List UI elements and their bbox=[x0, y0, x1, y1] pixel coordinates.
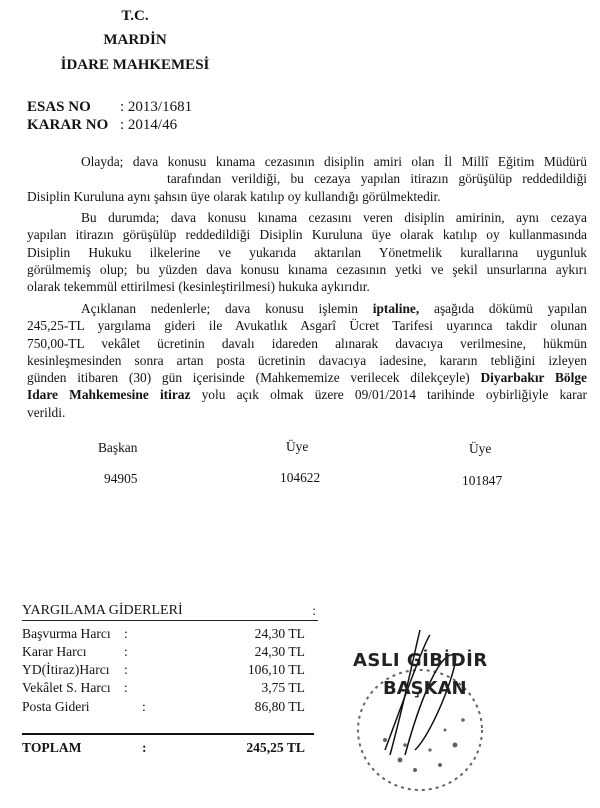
signature-role-chair: Başkan bbox=[98, 440, 137, 456]
p1-line: Olayda; dava konusu kınama cezasının dis… bbox=[27, 153, 587, 170]
p2-line: olarak tekemmül ettirilmesi (kesinleştir… bbox=[27, 278, 587, 295]
esas-no-value: : 2013/1681 bbox=[120, 99, 192, 115]
karar-no-label: KARAR NO bbox=[27, 117, 108, 134]
p2-line: Disiplin Hukuku ilkelerine ve yukarıda a… bbox=[27, 244, 587, 261]
total-row: TOPLAM : 245,25 TL bbox=[22, 740, 310, 757]
p3-line: 245,25-TL yargılama gideri ile Avukatlık… bbox=[27, 317, 587, 334]
official-stamp: ASLI GİBİDİR BAŞKAN bbox=[345, 620, 505, 808]
appeal-court-emphasis: Idare Mahkemesine itiraz bbox=[27, 387, 190, 402]
total-divider bbox=[22, 733, 314, 735]
appeal-court-emphasis: Diyarbakır Bölge bbox=[481, 370, 588, 385]
p3-line: günden itibaren (30) gün içerisinde (Mah… bbox=[27, 369, 587, 386]
costs-title: YARGILAMA GİDERLERİ bbox=[22, 603, 183, 619]
p2-line: görülmemiş olup; bu yüzden dava konusu k… bbox=[27, 261, 587, 278]
header-tc: T.C. bbox=[70, 8, 200, 25]
costs-title-row: YARGILAMA GİDERLERİ : bbox=[22, 603, 318, 621]
cost-row: Başvurma Harcı : 24,30 TL bbox=[22, 626, 310, 643]
signature-role-member-1: Üye bbox=[286, 439, 308, 455]
signature-id-member-1: 104622 bbox=[280, 470, 320, 486]
p1-line: tarafından verildiği, bu cezaya yapılan … bbox=[27, 170, 587, 187]
header-city: MARDİN bbox=[70, 32, 200, 49]
p2-line: yapılan itirazın görüşülüp reddedildiği … bbox=[27, 226, 587, 243]
p3-line: Idare Mahkemesine itiraz yolu açık olmak… bbox=[27, 386, 587, 403]
paragraph-3: Açıklanan nedenlerle; dava konusu işlemi… bbox=[27, 300, 587, 421]
p3-line: verildi. bbox=[27, 404, 587, 421]
stamp-text-certified: ASLI GİBİDİR bbox=[353, 650, 488, 671]
cost-row: Karar Harcı : 24,30 TL bbox=[22, 644, 310, 661]
total-label: TOPLAM bbox=[22, 740, 81, 756]
signature-id-chair: 94905 bbox=[104, 471, 137, 487]
signature-role-member-2: Üye bbox=[469, 441, 491, 457]
p3-line: kesinleşmesinden sonra artan posta ücret… bbox=[27, 352, 587, 369]
p3-line: 750,00-TL vekâlet ücretinin davalı idare… bbox=[27, 335, 587, 352]
iptal-emphasis: iptaline, bbox=[373, 301, 420, 316]
p2-line: Bu durumda; dava konusu kınama cezasını … bbox=[27, 209, 587, 226]
cost-row: Vekâlet S. Harcı : 3,75 TL bbox=[22, 680, 310, 697]
p1-line: Disiplin Kuruluna aynı şahsın üye olarak… bbox=[27, 188, 587, 205]
karar-no-value: : 2014/46 bbox=[120, 117, 177, 133]
header-court: İDARE MAHKEMESİ bbox=[30, 57, 240, 74]
p3-line: Açıklanan nedenlerle; dava konusu işlemi… bbox=[27, 300, 587, 317]
paragraph-2: Bu durumda; dava konusu kınama cezasını … bbox=[27, 209, 587, 295]
total-amount: 245,25 TL bbox=[246, 740, 305, 756]
esas-no-label: ESAS NO bbox=[27, 99, 91, 116]
cost-row: YD(İtiraz)Harcı : 106,10 TL bbox=[22, 662, 310, 679]
stamp-seal-icon bbox=[345, 620, 505, 808]
costs-title-colon: : bbox=[312, 603, 316, 619]
signature-id-member-2: 101847 bbox=[462, 473, 502, 489]
cost-row: Posta Gideri : 86,80 TL bbox=[22, 699, 310, 716]
paragraph-1: Olayda; dava konusu kınama cezasının dis… bbox=[27, 153, 587, 205]
stamp-text-chair: BAŞKAN bbox=[383, 678, 467, 699]
